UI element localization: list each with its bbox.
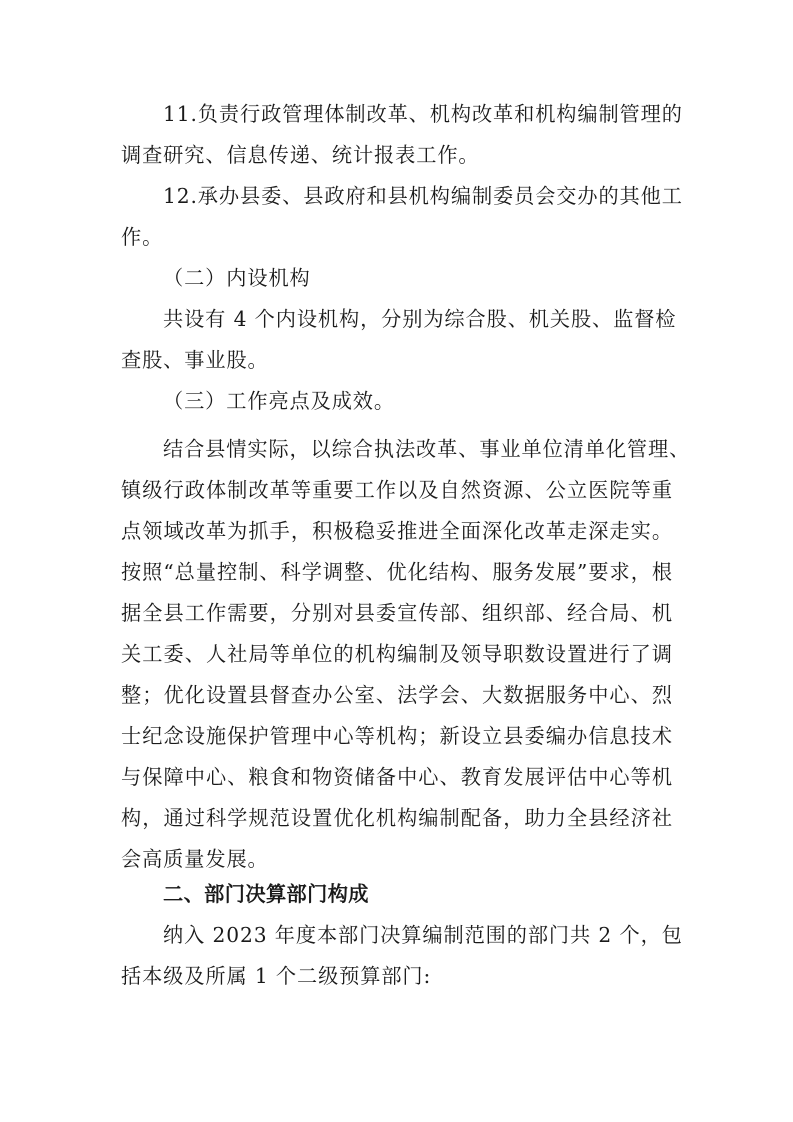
paragraph-budget-line-1: 纳入 2023 年度本部门决算编制范围的部门共 2 个，包	[163, 922, 673, 948]
paragraph-budget-line-2: 括本级及所属 1 个二级预算部门:	[121, 963, 673, 989]
paragraph-highlights-line-3: 点领域改革为抓手，积极稳妥推进全面深化改革走深走实。	[121, 518, 673, 544]
paragraph-highlights-line-10: 构，通过科学规范设置优化机构编制配备，助力全县经济社	[121, 805, 673, 831]
paragraph-highlights-line-4: 按照“总量控制、科学调整、优化结构、服务发展”要求，根	[121, 559, 673, 585]
document-page: 11.负责行政管理体制改革、机构改革和机构编制管理的 调查研究、信息传递、统计报…	[0, 0, 793, 1122]
paragraph-highlights-line-9: 与保障中心、粮食和物资储备中心、教育发展评估中心等机	[121, 764, 673, 790]
paragraph-highlights-line-7: 整；优化设置县督查办公室、法学会、大数据服务中心、烈	[121, 682, 673, 708]
paragraph-item-11-line-1: 11.负责行政管理体制改革、机构改革和机构编制管理的	[163, 101, 673, 127]
paragraph-highlights-line-5: 据全县工作需要，分别对县委宣传部、组织部、经合局、机	[121, 600, 673, 626]
paragraph-item-12-line-1: 12.承办县委、县政府和县机构编制委员会交办的其他工	[163, 183, 673, 209]
paragraph-item-12-line-2: 作。	[121, 224, 673, 250]
section-heading-highlights: （三）工作亮点及成效。	[163, 388, 395, 414]
paragraph-highlights-line-2: 镇级行政体制改革等重要工作以及自然资源、公立医院等重	[121, 477, 673, 503]
paragraph-highlights-line-8: 士纪念设施保护管理中心等机构；新设立县委编办信息技术	[121, 723, 673, 749]
paragraph-highlights-line-1: 结合县情实际，以综合执法改革、事业单位清单化管理、	[163, 436, 673, 462]
paragraph-highlights-line-11: 会高质量发展。	[121, 846, 673, 872]
paragraph-item-11-line-2: 调查研究、信息传递、统计报表工作。	[121, 142, 673, 168]
paragraph-internal-line-2: 查股、事业股。	[121, 347, 673, 373]
paragraph-internal-line-1: 共设有 4 个内设机构，分别为综合股、机关股、监督检	[163, 306, 673, 332]
section-heading-internal-structure: （二）内设机构	[163, 265, 311, 291]
section-heading-budget-composition: 二、部门决算部门构成	[163, 881, 369, 907]
paragraph-highlights-line-6: 关工委、人社局等单位的机构编制及领导职数设置进行了调	[121, 641, 673, 667]
